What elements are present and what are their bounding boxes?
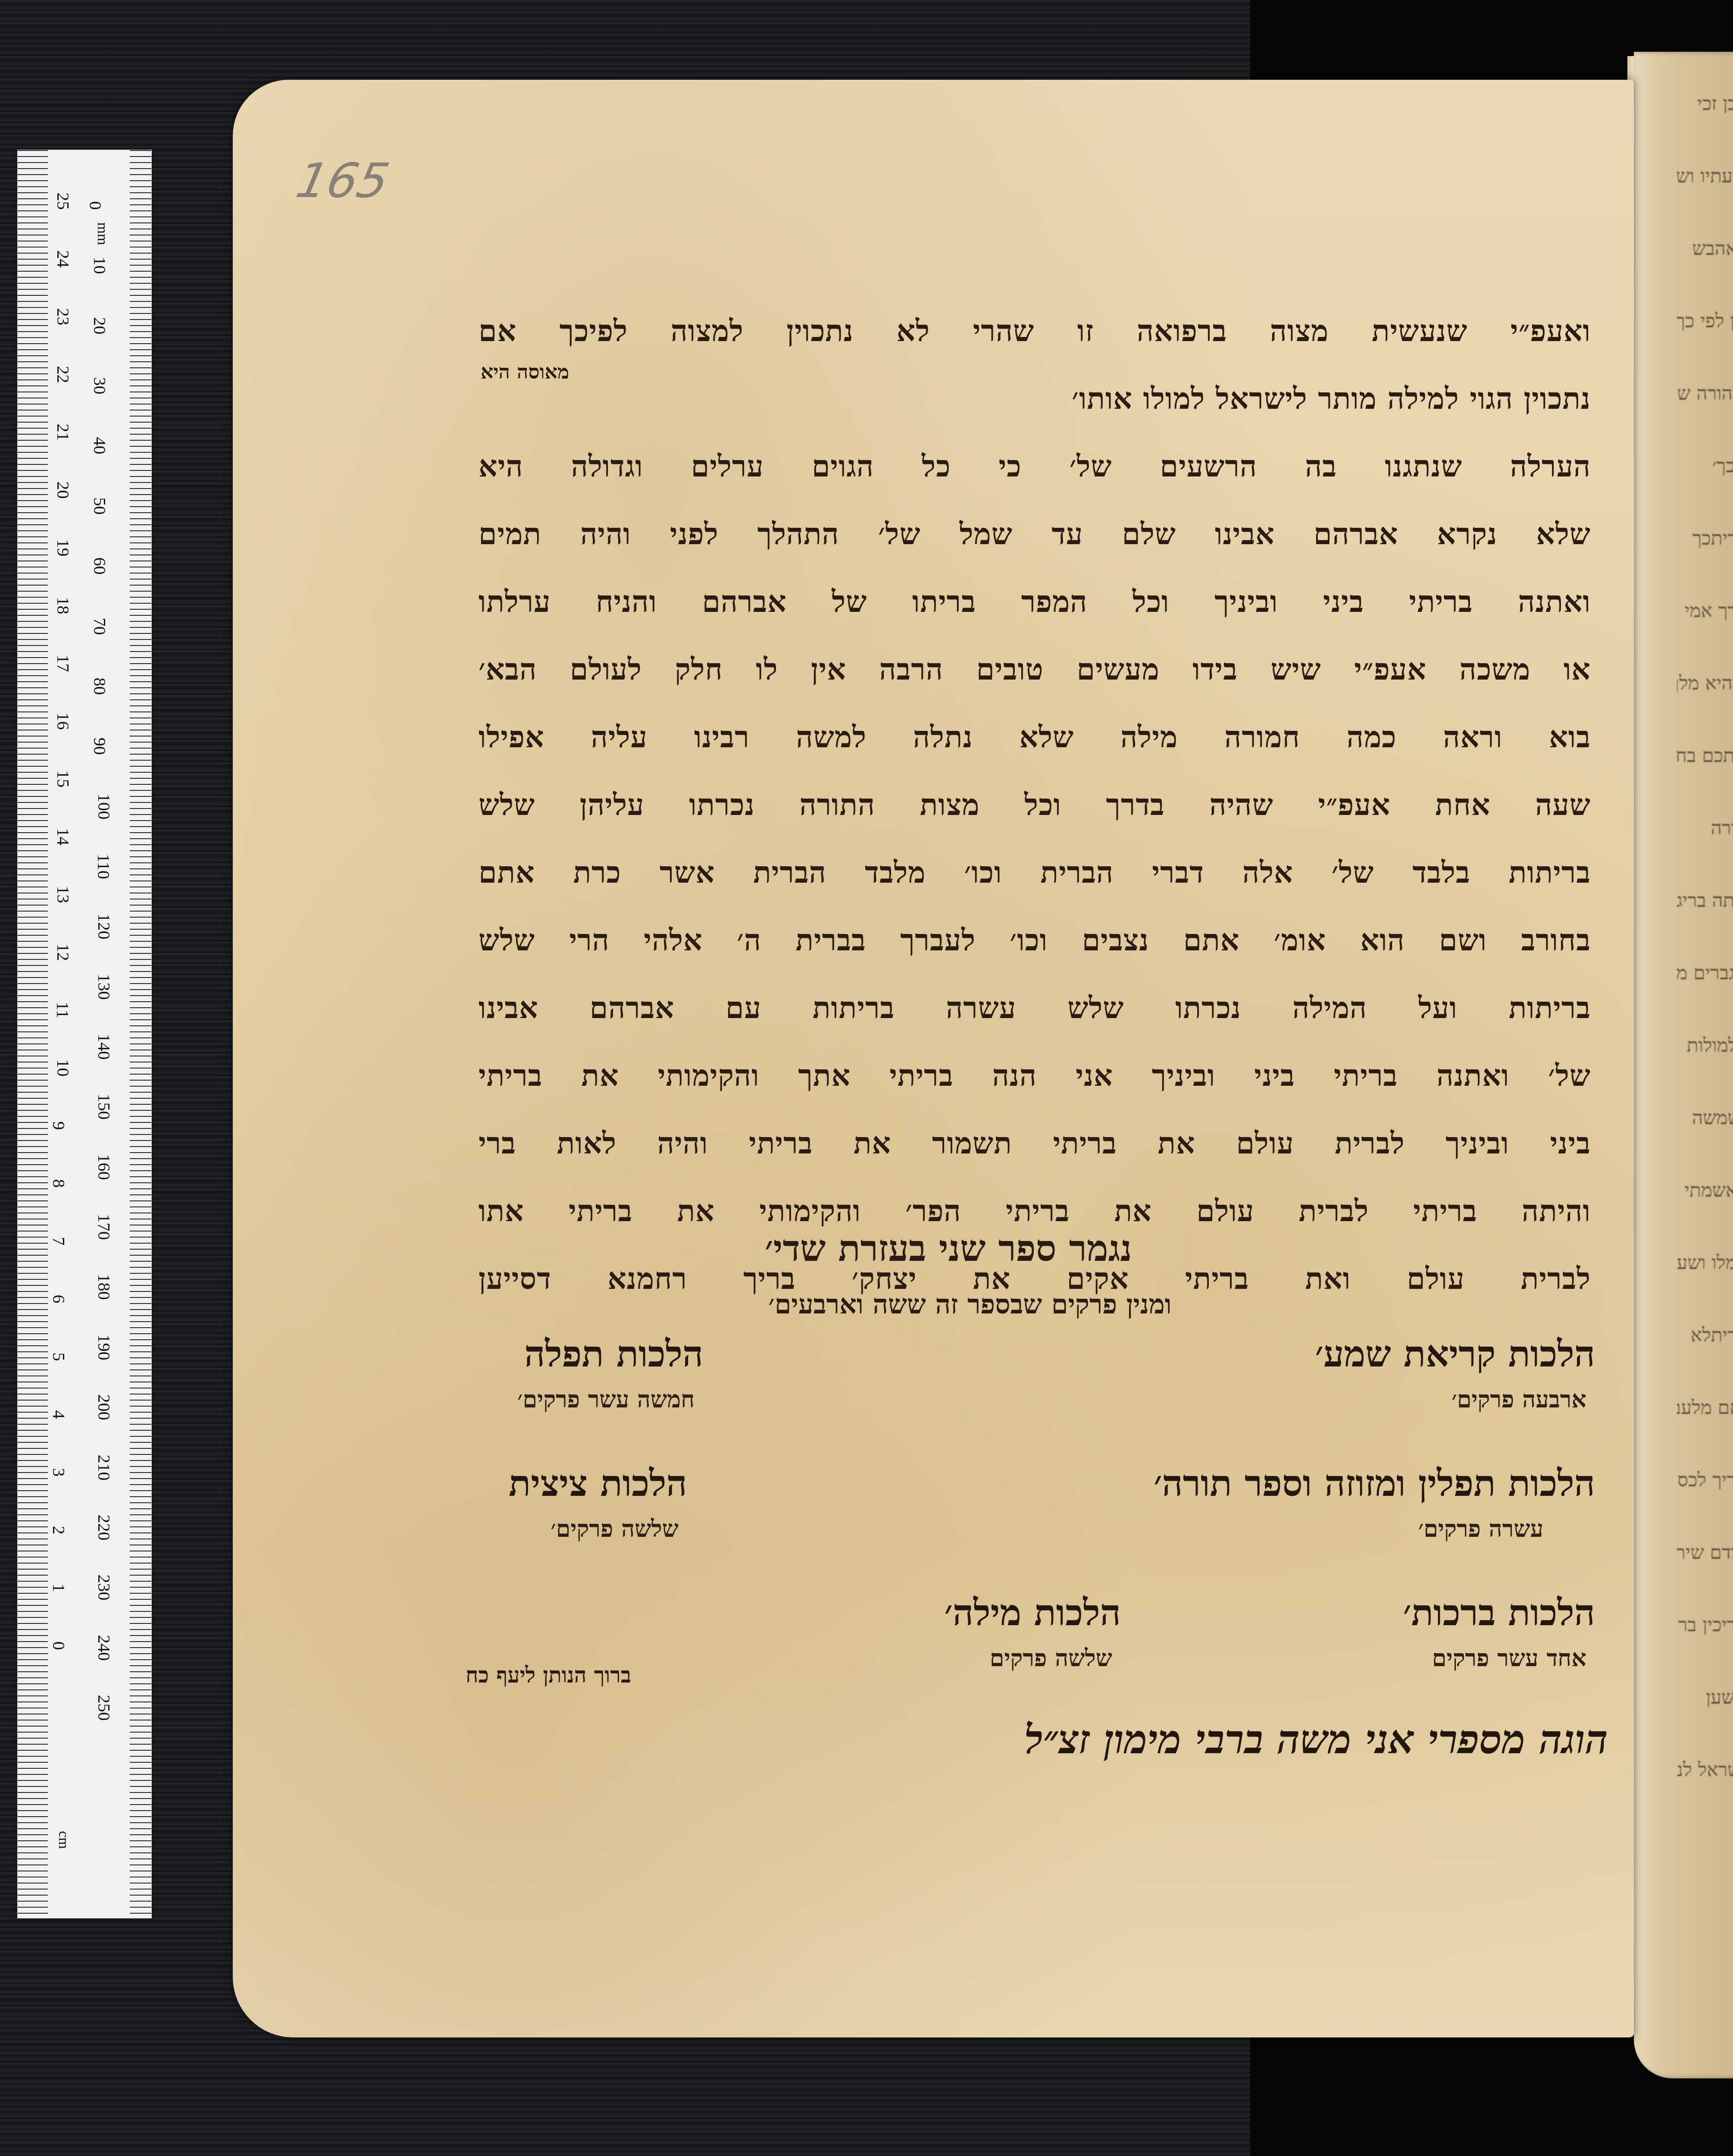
toc-count: חמשה עשר פרקים׳ [517, 1380, 703, 1419]
facing-page-line: צריך לכסות [1677, 1469, 1733, 1491]
ruler-cm-label: 6 [49, 1295, 69, 1304]
toc-title: הלכות ציצית [509, 1457, 687, 1509]
ruler-unit-cm: cm [55, 1831, 72, 1849]
toc-entry: הלכות קריאת שמע׳ ארבעה פרקים׳ [1315, 1328, 1595, 1419]
facing-page-line: ושמשה [1677, 1107, 1733, 1129]
toc-title: הלכות ברכות׳ [1403, 1587, 1595, 1639]
ruler-cm-label: 19 [53, 539, 73, 557]
ruler-mm-label: 20 [90, 317, 110, 334]
toc-title: הלכות תפלה [517, 1328, 703, 1380]
ruler-mm-label: 220 [94, 1514, 114, 1540]
ruler-mm-label: 160 [94, 1154, 114, 1180]
text-line: ביני וביניך לברית עולם את בריתי תשמור את… [479, 1110, 1591, 1178]
facing-page-line: אתה בריג [1677, 890, 1733, 912]
ruler-cm-label: 18 [53, 597, 73, 614]
text-line: של׳ ואתנה בריתי ביני וביניך אני הנה ברית… [479, 1042, 1591, 1110]
facing-page-line: בדך אמי [1677, 600, 1733, 622]
facing-page-line: לאשמתי [1677, 1179, 1733, 1201]
facing-page-line: ואם מלעבר [1677, 1397, 1733, 1419]
ruler-mm-label: 210 [94, 1454, 114, 1480]
ruler-cm-label: 17 [53, 655, 73, 672]
toc-row: הלכות תפלין ומזוזה וספר תורה׳ עשרה פרקים… [509, 1457, 1595, 1587]
ruler-mm-label: 230 [94, 1575, 114, 1601]
ruler-mm-label: 100 [94, 793, 114, 819]
ruler-cm-label: 8 [49, 1179, 69, 1188]
toc-entry: הלכות ברכות׳ אחד עשר פרקים [1403, 1587, 1595, 1677]
text-line: נתכוין הגוי למילה מותר לישראל למולו אותו… [479, 365, 1591, 433]
toc-entry: הלכות תפלין ומזוזה וספר תורה׳ עשרה פרקים… [1154, 1457, 1595, 1548]
ruler-mm-label: 200 [94, 1395, 114, 1420]
ruler-mm-label: 90 [90, 738, 110, 755]
ruler-mm-label: 70 [90, 617, 110, 635]
ruler-mm-label: 80 [90, 677, 110, 695]
table-of-contents: הלכות קריאת שמע׳ ארבעה פרקים׳ הלכות תפלה… [509, 1328, 1595, 1716]
toc-row: הלכות ברכות׳ אחד עשר פרקים הלכות מילה׳ ש… [509, 1587, 1595, 1716]
ruler-mm-label: 60 [90, 558, 110, 575]
ruler-cm-label: 24 [53, 251, 73, 268]
facing-page-line: בריתלא [1677, 1324, 1733, 1346]
text-line: בוא וראה כמה חמורה מילה שלא נתלה למשה רב… [479, 704, 1591, 771]
ruler-mm-label: 170 [94, 1214, 114, 1240]
ruler-mm-label: 240 [94, 1635, 114, 1661]
toc-count: שלשה פרקים׳ [509, 1509, 687, 1548]
ruler-unit-mm: mm [94, 222, 110, 245]
facing-page-line: ישראל לנחון [1677, 1759, 1733, 1781]
facing-page: דבן זכישעתיו ושעלאהבשהן לפי כךשהורה ש׳הכ… [1634, 52, 1733, 2078]
ruler-cm-label: 0 [49, 1642, 69, 1650]
scribe-signature: הוגה מספרי אני משה ברבי מימון זצ״ל [509, 1716, 1608, 1763]
facing-page-line: הגברים מעו׳ [1677, 962, 1733, 984]
ruler-cm-label: 2 [49, 1526, 69, 1535]
ruler-mm-label: 150 [94, 1094, 114, 1120]
ruler-cm-label: 21 [53, 424, 73, 441]
ruler-cm-label: 1 [49, 1584, 69, 1592]
text-line: בריתות ועל המילה נכרתו שלש עשרה בריתות ע… [479, 975, 1591, 1042]
ruler-ticks-mm [130, 150, 151, 1918]
ruler-cm-label: 3 [49, 1468, 69, 1477]
ruler-mm-label: 180 [94, 1274, 114, 1300]
ruler-cm-label: 5 [49, 1353, 69, 1361]
text-line: שלא נקרא אברהם אבינו שלם עד שמל של׳ התהל… [479, 501, 1591, 568]
toc-row: הלכות קריאת שמע׳ ארבעה פרקים׳ הלכות תפלה… [509, 1328, 1595, 1457]
facing-page-line: שעתיו ושע [1677, 165, 1733, 187]
ruler-mm-label: 50 [90, 497, 110, 514]
toc-title: הלכות קריאת שמע׳ [1315, 1328, 1595, 1380]
ruler-cm-label: 7 [49, 1237, 69, 1246]
toc-title: הלכות תפלין ומזוזה וספר תורה׳ [1154, 1457, 1595, 1509]
text-line: הערלה שנתגנו בה הרשעים של׳ כי כל הגוים ע… [479, 433, 1591, 501]
text-line: ואתנה בריתי ביני וביניך וכל המפר בריתו ש… [479, 568, 1591, 636]
facing-page-line: צורה [1677, 817, 1733, 839]
text-line: שעה אחת אעפ״י שהיה בדרך וכל מצות התורה נ… [479, 771, 1591, 839]
ruler-cm-label: 22 [53, 366, 73, 383]
ruler-cm-label: 10 [53, 1059, 73, 1077]
facing-page-line: ללמולות [1677, 1034, 1733, 1056]
toc-title: הלכות מילה׳ [945, 1587, 1121, 1639]
ruler-mm-label: 40 [90, 437, 110, 454]
ruler-mm-label: 30 [90, 377, 110, 395]
ruler-cm-label: 16 [53, 713, 73, 730]
facing-page-line: נושען [1677, 1686, 1733, 1708]
ruler-cm-label: 9 [49, 1122, 69, 1130]
ruler-mm-label: 0 [85, 201, 106, 210]
ruler-cm-label: 14 [53, 828, 73, 846]
facing-page-line: דבן זכי [1677, 93, 1733, 115]
toc-entry: הלכות מילה׳ שלשה פרקים [945, 1587, 1121, 1677]
facing-page-line: בריתכך [1677, 527, 1733, 549]
ruler-ticks-cm [18, 150, 48, 1918]
facing-page-line: הן לפי כך [1677, 310, 1733, 332]
facing-page-line: שהיא מלך [1677, 672, 1733, 694]
text-line: ואעפ״י שנעשית מצוה ברפואה זו שהרי לא נתכ… [479, 298, 1591, 365]
ruler-cm-label: 25 [53, 193, 73, 210]
toc-count: אחד עשר פרקים [1403, 1639, 1595, 1677]
text-line: בחורב ושם הוא אומ׳ אתם נצבים וכו׳ לעברך … [479, 907, 1591, 975]
facing-page-line: צריכין ברכה [1677, 1614, 1733, 1636]
toc-count: שלשה פרקים [945, 1639, 1121, 1677]
ruler-cm-label: 11 [53, 1002, 73, 1018]
ruler-mm-label: 190 [94, 1334, 114, 1360]
ruler-cm-label: 4 [49, 1410, 69, 1419]
facing-page-line: קודם שיתגייר [1677, 1542, 1733, 1564]
colophon: נגמר ספר שני בעזרת שדי׳ ומנין פרקים שבספ… [479, 1216, 1591, 1328]
facing-page-line: הכך׳ [1677, 455, 1733, 477]
ruler-mm-label: 140 [94, 1034, 114, 1060]
scale-ruler: 2524232221201918171615141312111098765432… [17, 150, 152, 1918]
text-line: בריתות בלבד של׳ אלה דברי הברית וכו׳ מלבד… [479, 839, 1591, 907]
ruler-cm-label: 15 [53, 771, 73, 788]
ruler-mm-label: 120 [94, 914, 114, 940]
ruler-mm-label: 110 [94, 854, 114, 879]
facing-page-line: חתכם בחוג [1677, 745, 1733, 767]
ruler-cm-label: 13 [53, 886, 73, 903]
toc-entry: הלכות ציצית שלשה פרקים׳ [509, 1457, 687, 1548]
toc-count: עשרה פרקים׳ [1154, 1509, 1595, 1548]
ruler-cm-label: 12 [53, 944, 73, 961]
facing-page-line: במלו ושע [1677, 1252, 1733, 1274]
ruler-mm-label: 10 [90, 257, 110, 274]
ruler-mm-label: 250 [94, 1695, 114, 1721]
folio-number: 165 [291, 153, 394, 208]
colophon-heading: נגמר ספר שני בעזרת שדי׳ [479, 1216, 1591, 1281]
ruler-cm-label: 23 [53, 308, 73, 326]
ruler-mm-label: 130 [94, 974, 114, 1000]
ruler-cm-label: 20 [53, 482, 73, 499]
closing-blessing: ברוך הנותן ליעף כח [466, 1662, 631, 1688]
main-text: ואעפ״י שנעשית מצוה ברפואה זו שהרי לא נתכ… [479, 298, 1591, 1313]
colophon-chapter-count: ומנין פרקים שבספר זה ששה וארבעים׳ [479, 1281, 1591, 1328]
toc-entry: הלכות תפלה חמשה עשר פרקים׳ [517, 1328, 703, 1419]
toc-count: ארבעה פרקים׳ [1315, 1380, 1595, 1419]
facing-page-line: שהורה ש׳ [1677, 382, 1733, 404]
text-line: או משכה אעפ״י שיש בידו מעשים טובים הרבה … [479, 636, 1591, 704]
facing-page-line: לאהבש [1677, 238, 1733, 260]
